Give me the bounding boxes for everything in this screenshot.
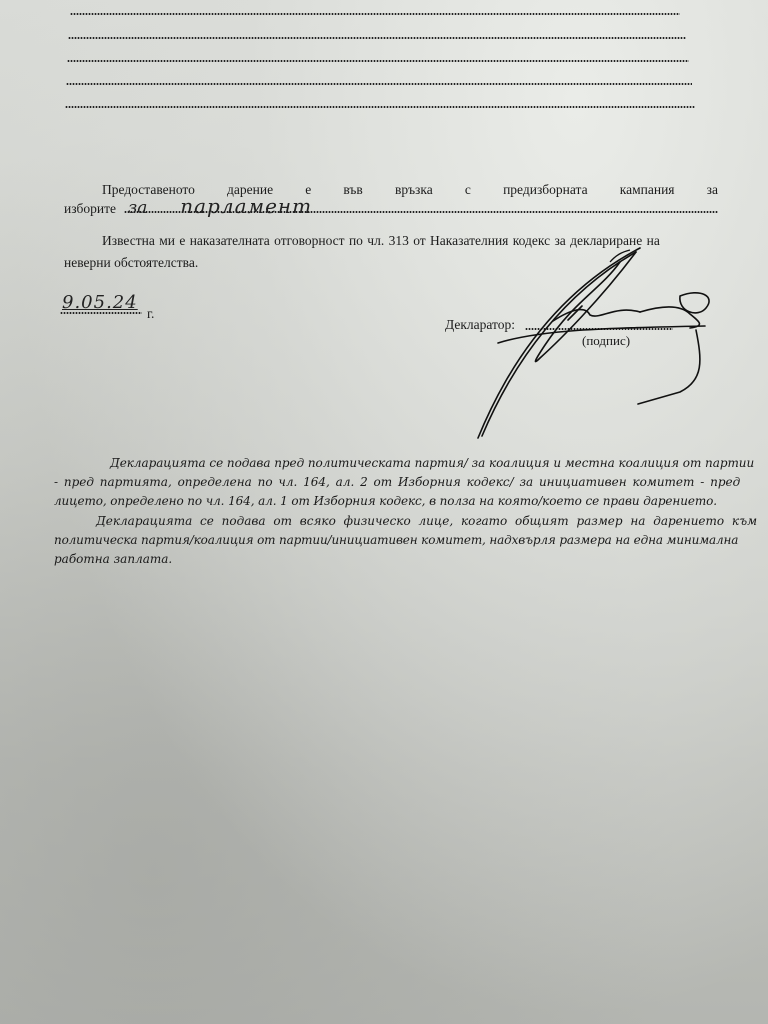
note-1-line-1: Декларацията се подава пред политическат…: [110, 456, 754, 470]
blank-dotted-line: [67, 60, 689, 62]
note-1-line-3: лицето, определено по чл. 164, ал. 1 от …: [54, 494, 717, 508]
blank-dotted-line: [65, 106, 695, 108]
blank-dotted-line: [68, 37, 686, 39]
blank-dotted-line: [66, 83, 692, 85]
signature-caption: (подпис): [582, 333, 630, 349]
signature-field-line: [525, 328, 673, 330]
note-2-line-2: политическа партия/коалиция от партии/ин…: [54, 533, 738, 547]
paper-page: Предоставеното дарение е във връзка с пр…: [0, 0, 768, 1024]
signature-scribble: [0, 0, 768, 1024]
liability-statement-line1: Известна ми е наказателната отговорност …: [102, 233, 660, 249]
note-1-line-2: - пред партията, определена по чл. 164, …: [54, 475, 740, 489]
date-suffix: г.: [147, 306, 154, 322]
date-field-line: [60, 312, 142, 314]
date-field-handwritten[interactable]: 9.05.24: [62, 292, 138, 313]
note-2-line-1: Декларацията се подава от всяко физическ…: [96, 514, 757, 528]
note-2-line-3: работна заплата.: [54, 552, 172, 566]
elections-field-handwritten[interactable]: за парламент: [128, 194, 312, 218]
blank-dotted-line: [70, 13, 680, 15]
elections-label: изборите: [64, 201, 116, 217]
liability-statement-line2: неверни обстоятелства.: [64, 255, 198, 271]
declarant-label: Декларатор:: [445, 317, 515, 333]
